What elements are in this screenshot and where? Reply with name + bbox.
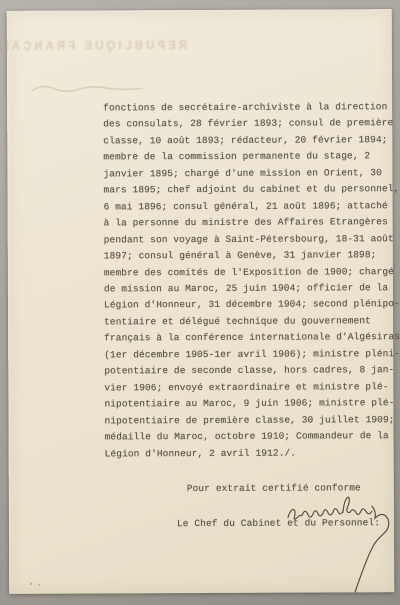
handwritten-signature [7, 9, 395, 594]
paper-sheet: RÉPUBLIQUE FRANÇAISE fonctions de secrét… [7, 9, 395, 594]
document-photograph: RÉPUBLIQUE FRANÇAISE fonctions de secrét… [0, 0, 400, 605]
